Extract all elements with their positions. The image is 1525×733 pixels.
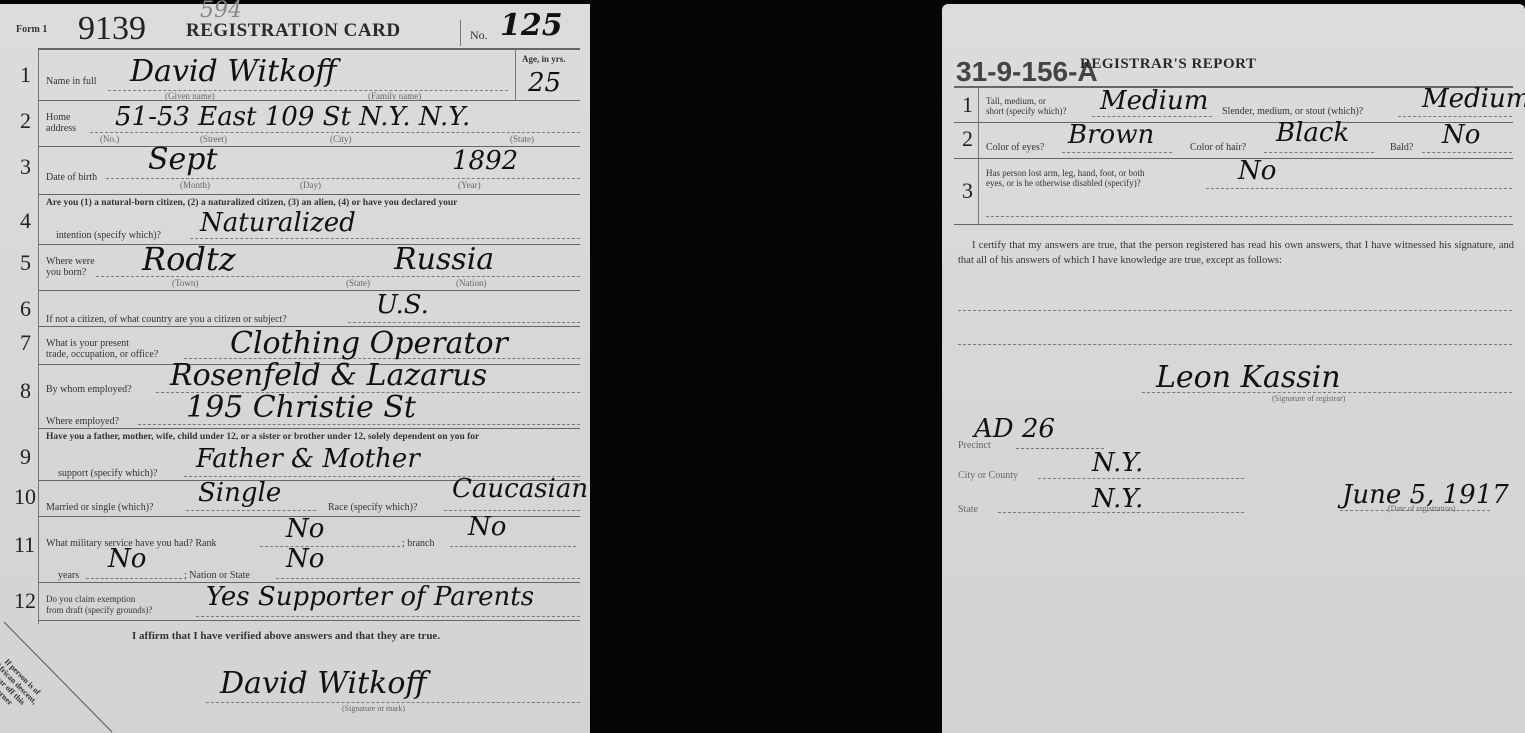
dob-label: Date of birth bbox=[46, 172, 97, 183]
military-nation: No bbox=[286, 544, 324, 574]
caption-no: (No.) bbox=[100, 134, 119, 144]
registration-card: Form 1 9139 594 REGISTRATION CARD No. 12… bbox=[0, 4, 590, 733]
field-line bbox=[106, 178, 580, 179]
name-label: Name in full bbox=[46, 76, 97, 87]
row-rule bbox=[954, 122, 1513, 123]
row-rule bbox=[38, 244, 580, 245]
employer-value: Rosenfeld & Lazarus bbox=[170, 358, 487, 393]
row-rule bbox=[38, 290, 580, 291]
field-line bbox=[186, 510, 316, 511]
build-value: Medium bbox=[1422, 84, 1525, 114]
divider bbox=[515, 50, 516, 100]
divider bbox=[460, 20, 461, 46]
caption-town: (Town) bbox=[172, 278, 198, 288]
registrant-signature: David Witkoff bbox=[220, 666, 427, 701]
military-branch: No bbox=[468, 512, 506, 542]
race-label: Race (specify which)? bbox=[328, 502, 417, 513]
row-number: 1 bbox=[20, 62, 31, 88]
city-label: City or County bbox=[958, 470, 1018, 481]
caption-nation: (Nation) bbox=[456, 278, 487, 288]
caption-day: (Day) bbox=[300, 180, 321, 190]
country-label: If not a citizen, of what country are yo… bbox=[46, 314, 287, 325]
eyes-value: Brown bbox=[1068, 120, 1154, 150]
field-line bbox=[1264, 152, 1374, 153]
hair-label: Color of hair? bbox=[1190, 142, 1246, 153]
stamp-number: 31-9-156-A bbox=[956, 56, 1098, 88]
registrar-signature: Leon Kassin bbox=[1156, 360, 1341, 395]
field-line bbox=[986, 216, 1512, 217]
race-value: Caucasian bbox=[452, 474, 588, 504]
signature-line bbox=[1142, 392, 1512, 393]
registrar-caption: (Signature of registrar) bbox=[1272, 394, 1345, 403]
row-number: 8 bbox=[20, 378, 31, 404]
row-number: 7 bbox=[20, 330, 31, 356]
field-line bbox=[1062, 152, 1172, 153]
registrars-report-card: 31-9-156-A REGISTRAR'S REPORT 1 Tall, me… bbox=[942, 4, 1525, 733]
occupation-label-1: What is your present bbox=[46, 338, 129, 349]
row-rule bbox=[954, 224, 1513, 225]
number-column-line bbox=[38, 50, 39, 624]
exemption-value: Yes Supporter of Parents bbox=[206, 582, 534, 612]
bald-label: Bald? bbox=[1390, 142, 1413, 153]
height-value: Medium bbox=[1100, 86, 1208, 116]
serial-number: 9139 bbox=[78, 10, 146, 48]
row-number: 1 bbox=[962, 92, 973, 118]
exemption-label-1: Do you claim exemption bbox=[46, 594, 135, 604]
branch-label: ; branch bbox=[402, 538, 435, 549]
row-number: 6 bbox=[20, 296, 31, 322]
form-label: Form 1 bbox=[16, 24, 47, 35]
caption-year: (Year) bbox=[458, 180, 481, 190]
certification-text: I certify that my answers are true, that… bbox=[958, 238, 1514, 268]
nation-label: ; Nation or State bbox=[184, 570, 250, 581]
caption-city: (City) bbox=[330, 134, 352, 144]
field-line bbox=[196, 616, 580, 617]
home-label-2: address bbox=[46, 123, 76, 134]
military-rank: No bbox=[286, 514, 324, 544]
city-value: N.Y. bbox=[1092, 448, 1143, 478]
card-title: REGISTRATION CARD bbox=[186, 20, 401, 42]
number-column-line bbox=[978, 88, 979, 224]
age-label: Age, in yrs. bbox=[522, 54, 566, 64]
date-caption: (Date of registration) bbox=[1388, 504, 1456, 513]
born-label-1: Where were bbox=[46, 256, 95, 267]
citizenship-value: Naturalized bbox=[200, 208, 356, 238]
military-years: No bbox=[108, 544, 146, 574]
country-value: U.S. bbox=[376, 290, 429, 320]
row-number: 5 bbox=[20, 250, 31, 276]
field-line bbox=[86, 578, 182, 579]
field-line bbox=[1398, 116, 1512, 117]
card-no: 125 bbox=[500, 8, 563, 43]
caption-state: (State) bbox=[510, 134, 534, 144]
field-line bbox=[348, 322, 580, 323]
precinct-value: AD 26 bbox=[974, 414, 1055, 444]
occupation-label-2: trade, occupation, or office? bbox=[46, 349, 158, 360]
field-line bbox=[190, 238, 580, 239]
row-number: 12 bbox=[14, 588, 36, 614]
exception-line bbox=[958, 310, 1512, 311]
row-number: 9 bbox=[20, 444, 31, 470]
birth-town: Rodtz bbox=[142, 240, 236, 278]
build-label: Slender, medium, or stout (which)? bbox=[1222, 106, 1363, 117]
years-label: years bbox=[58, 570, 79, 581]
field-line bbox=[276, 578, 580, 579]
field-line bbox=[260, 546, 400, 547]
marital-value: Single bbox=[198, 478, 281, 508]
row-rule bbox=[38, 100, 580, 101]
exception-line bbox=[958, 344, 1512, 345]
born-label-2: you born? bbox=[46, 267, 86, 278]
disability-label-1: Has person lost arm, leg, hand, foot, or… bbox=[986, 168, 1144, 178]
field-line bbox=[1206, 188, 1512, 189]
field-line bbox=[450, 546, 576, 547]
occupation-value: Clothing Operator bbox=[230, 326, 508, 361]
employer-label: By whom employed? bbox=[46, 384, 132, 395]
employer-address-label: Where employed? bbox=[46, 416, 119, 427]
home-label-1: Home bbox=[46, 112, 70, 123]
state-value: N.Y. bbox=[1092, 484, 1143, 514]
hair-value: Black bbox=[1276, 118, 1349, 148]
birth-nation: Russia bbox=[394, 242, 494, 277]
employer-address-value: 195 Christie St bbox=[186, 390, 416, 425]
row-number: 2 bbox=[962, 126, 973, 152]
dob-month: Sept bbox=[148, 142, 218, 177]
top-rule bbox=[38, 48, 580, 50]
height-label-1: Tall, medium, or bbox=[986, 96, 1046, 106]
field-line bbox=[1422, 152, 1512, 153]
dob-year: 1892 bbox=[452, 146, 518, 176]
row-rule bbox=[38, 194, 580, 195]
eyes-label: Color of eyes? bbox=[986, 142, 1044, 153]
caption-month: (Month) bbox=[180, 180, 210, 190]
caption-state: (State) bbox=[346, 278, 370, 288]
field-line bbox=[90, 132, 580, 133]
height-label-2: short (specify which)? bbox=[986, 106, 1066, 116]
affirmation-text: I affirm that I have verified above answ… bbox=[132, 630, 440, 642]
name-value: David Witkoff bbox=[130, 54, 337, 89]
row-number: 2 bbox=[20, 108, 31, 134]
disability-value: No bbox=[1238, 156, 1276, 186]
row-number: 11 bbox=[14, 532, 35, 558]
report-title: REGISTRAR'S REPORT bbox=[1080, 56, 1256, 73]
row-rule bbox=[38, 428, 580, 429]
field-line bbox=[1092, 116, 1212, 117]
row-number: 4 bbox=[20, 208, 31, 234]
home-address-value: 51-53 East 109 St N.Y. N.Y. bbox=[115, 102, 470, 132]
row-number: 10 bbox=[14, 484, 36, 510]
state-label: State bbox=[958, 504, 978, 515]
field-line bbox=[1016, 448, 1104, 449]
row-rule bbox=[954, 158, 1513, 159]
marital-label: Married or single (which)? bbox=[46, 502, 153, 513]
signature-line bbox=[206, 702, 580, 703]
dependents-value: Father & Mother bbox=[196, 444, 420, 474]
field-line bbox=[1038, 478, 1244, 479]
card-no-label: No. bbox=[470, 28, 488, 43]
dependents-question-2: support (specify which)? bbox=[58, 468, 157, 479]
citizenship-question: Are you (1) a natural-born citizen, (2) … bbox=[46, 198, 457, 208]
dependents-question: Have you a father, mother, wife, child u… bbox=[46, 432, 479, 442]
field-line bbox=[444, 510, 580, 511]
age-value: 25 bbox=[528, 68, 561, 98]
disability-label-2: eyes, or is he otherwise disabled (speci… bbox=[986, 178, 1141, 188]
bald-value: No bbox=[1442, 120, 1480, 150]
signature-caption: (Signature or mark) bbox=[342, 704, 405, 713]
row-number: 3 bbox=[20, 154, 31, 180]
row-number: 3 bbox=[962, 178, 973, 204]
